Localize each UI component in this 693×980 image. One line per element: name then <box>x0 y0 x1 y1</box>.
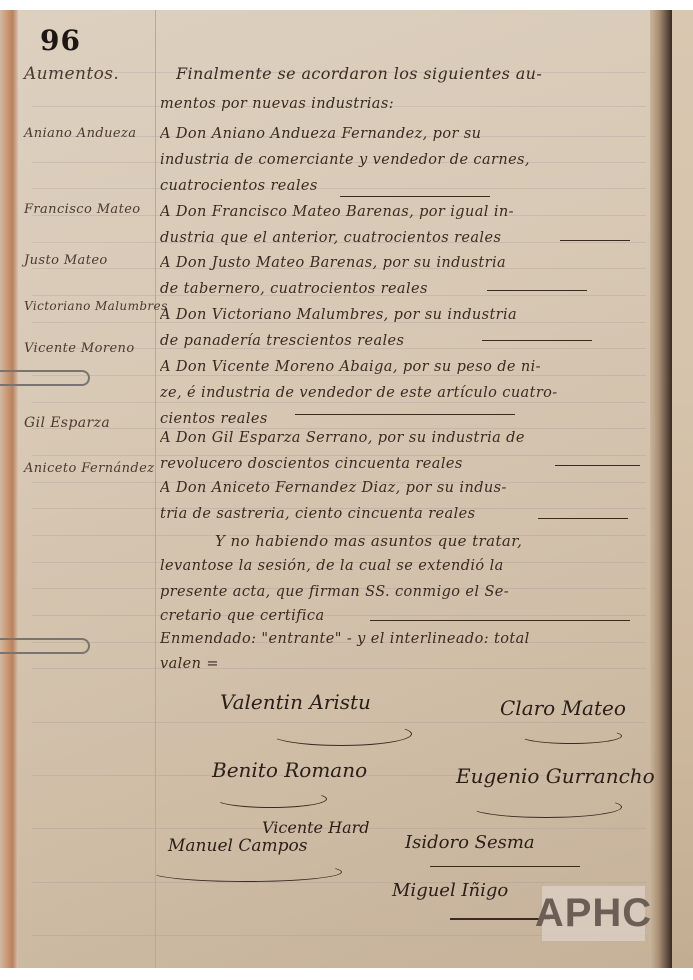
ruled-line <box>32 428 646 429</box>
body-line: levantose la sesión, de la cual se exten… <box>160 558 665 574</box>
body-line: A Don Gil Esparza Serrano, por su indust… <box>160 430 665 446</box>
signature: Valentin Aristu <box>220 690 371 714</box>
body-line: valen = <box>160 656 665 672</box>
body-line: A Don Aniano Andueza Fernandez, por su <box>160 126 665 142</box>
ruled-line <box>32 375 646 376</box>
signature: Benito Romano <box>212 758 367 782</box>
ruled-line <box>32 402 646 403</box>
margin-note: Aniano Andueza <box>24 126 136 141</box>
margin-note: Victoriano Malumbres <box>24 299 168 313</box>
margin-note: Gil Esparza <box>24 415 110 431</box>
body-line: A Don Aniceto Fernandez Diaz, por su ind… <box>160 480 665 496</box>
margin-note: Justo Mateo <box>24 253 108 268</box>
ruled-line <box>32 882 646 883</box>
line-filler-dash <box>340 196 490 197</box>
line-filler-dash <box>487 290 587 291</box>
line-filler-dash <box>555 465 640 466</box>
body-line: Y no habiendo mas asuntos que tratar, <box>215 532 693 550</box>
signature-flourish <box>150 862 342 882</box>
watermark-logo: APHC <box>542 886 645 941</box>
body-line: A Don Vicente Moreno Abaiga, por su peso… <box>160 359 665 375</box>
margin-note: Francisco Mateo <box>24 202 141 217</box>
margin-heading: Aumentos. <box>24 64 119 84</box>
body-line: cretario que certifica <box>160 608 665 624</box>
body-line: presente acta, que firman SS. conmigo el… <box>160 584 665 600</box>
signature: Eugenio Gurrancho <box>456 764 655 788</box>
signature: Miguel Iñigo <box>392 880 508 901</box>
line-filler-dash <box>295 414 515 415</box>
body-line: mentos por nuevas industrias: <box>160 96 665 112</box>
signature: Manuel Campos <box>168 836 307 856</box>
signature: Claro Mateo <box>500 696 626 720</box>
paper-clip <box>0 638 90 654</box>
signature-flourish <box>470 796 622 818</box>
margin-rule <box>155 10 156 968</box>
document-photo: 96 Aumentos. Aniano Andueza Francisco Ma… <box>0 10 693 968</box>
signature-flourish <box>215 790 327 808</box>
body-line: de panadería trescientos reales <box>160 333 665 349</box>
signature: Vicente Hard <box>262 818 370 837</box>
line-filler-dash <box>560 240 630 241</box>
body-line: cuatrocientos reales <box>160 178 665 194</box>
body-line: A Don Justo Mateo Barenas, por su indust… <box>160 255 665 271</box>
signature-underline <box>430 866 580 867</box>
margin-note: Aniceto Fernández <box>24 461 154 476</box>
page-number: 96 <box>40 24 81 57</box>
body-line: revolucero doscientos cincuenta reales <box>160 456 665 472</box>
paper-clip <box>0 370 90 386</box>
body-line: Finalmente se acordaron los siguientes a… <box>176 64 681 83</box>
signature-flourish <box>270 722 412 746</box>
line-filler-dash <box>370 620 630 621</box>
line-filler-dash <box>538 518 628 519</box>
signature: Isidoro Sesma <box>405 832 535 853</box>
body-line: A Don Francisco Mateo Barenas, por igual… <box>160 204 665 220</box>
body-line: Enmendado: "entrante" - y el interlinead… <box>160 631 665 647</box>
body-line: A Don Victoriano Malumbres, por su indus… <box>160 307 665 323</box>
body-line: dustria que el anterior, cuatrocientos r… <box>160 230 665 246</box>
signature-flourish <box>520 728 622 744</box>
binding-spine <box>0 10 18 968</box>
body-line: tria de sastreria, ciento cincuenta real… <box>160 506 665 522</box>
body-line: ze, é industria de vendedor de este artí… <box>160 385 665 401</box>
margin-note: Vicente Moreno <box>24 341 135 356</box>
line-filler-dash <box>482 340 592 341</box>
body-line: industria de comerciante y vendedor de c… <box>160 152 665 168</box>
body-line: de tabernero, cuatrocientos reales <box>160 281 665 297</box>
